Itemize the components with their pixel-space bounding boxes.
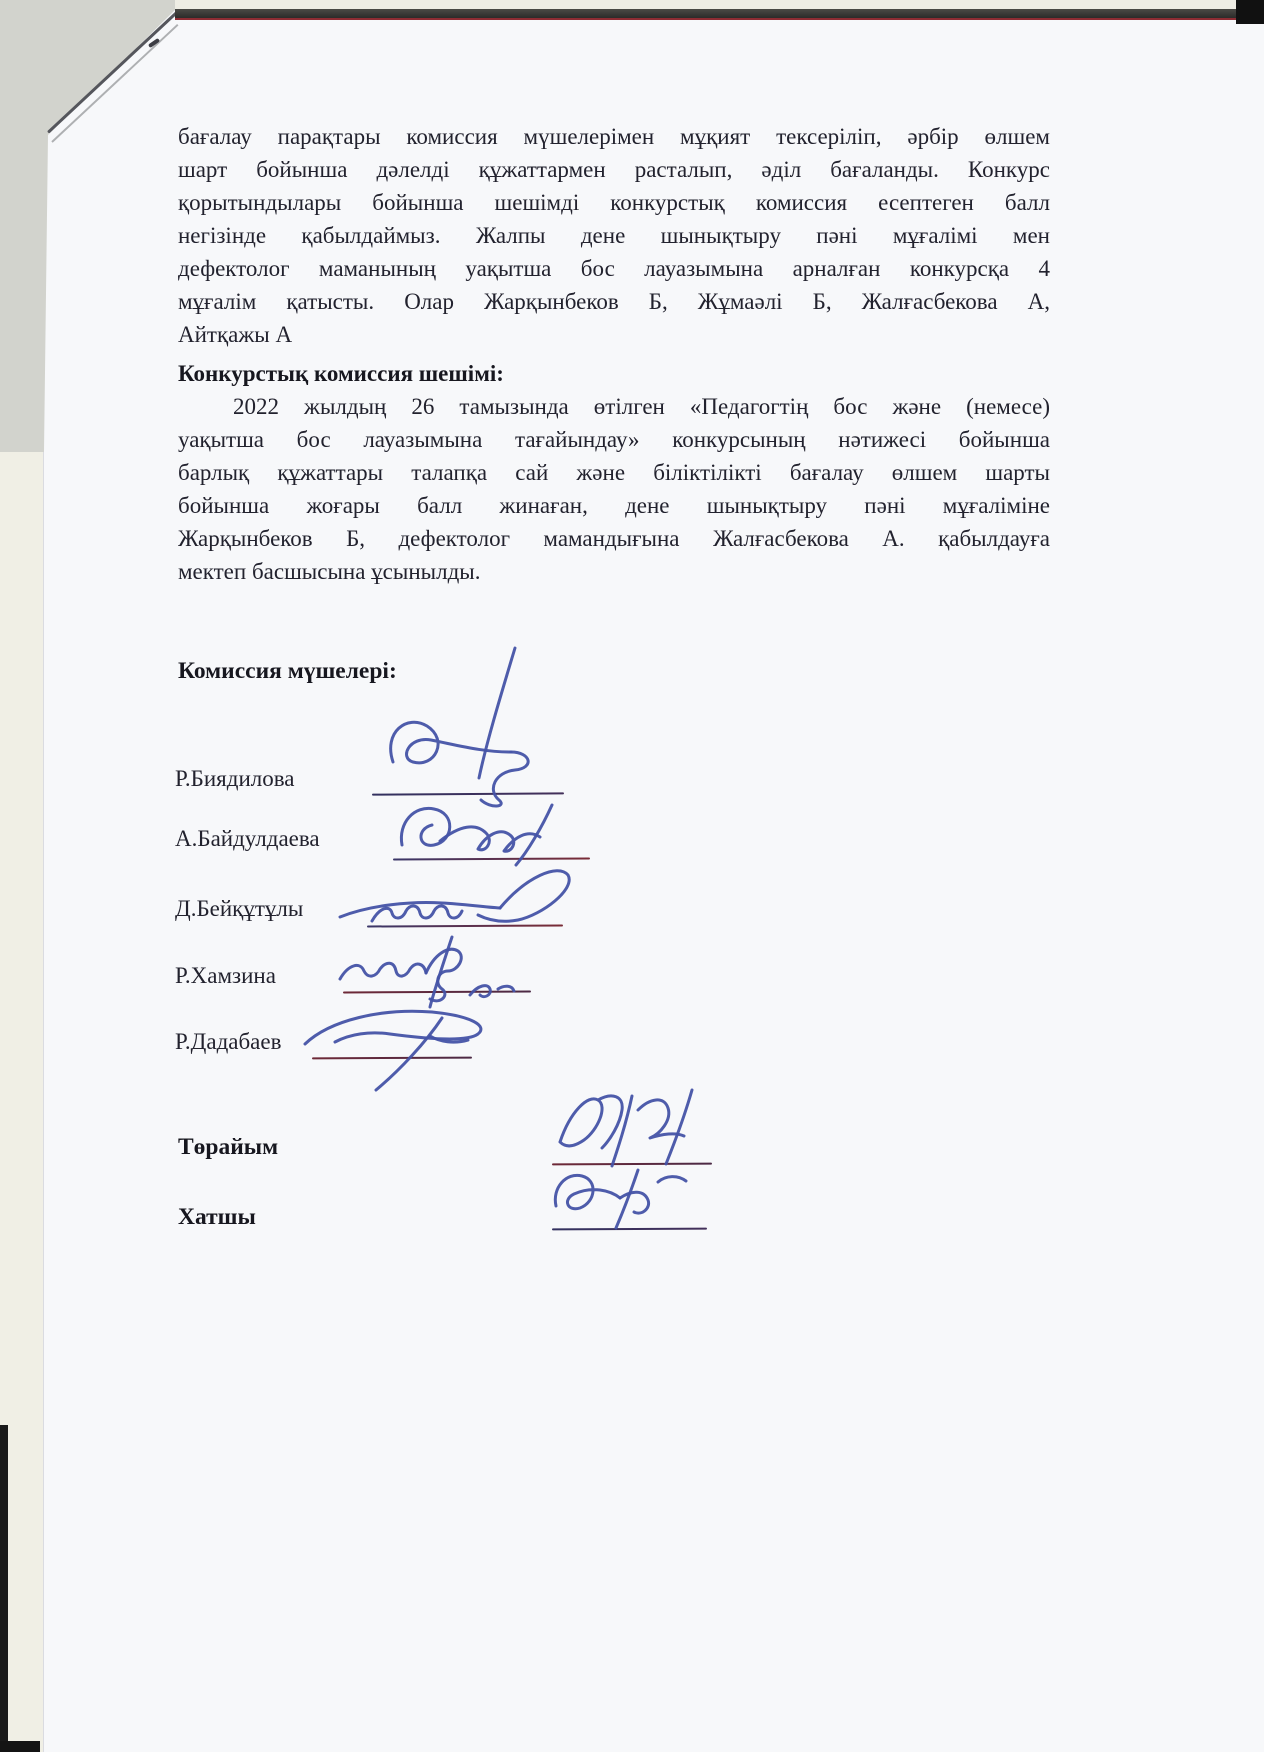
member-name-beikututy: Д.Бейқұтұлы (175, 892, 303, 925)
paragraph-evaluation-line: шарт бойынша дәлелді құжаттармен расталы… (178, 153, 1050, 186)
signature-biyadilova (365, 640, 565, 810)
paragraph-decision-line: мектеп басшысына ұсынылды. (178, 555, 1050, 588)
member-name-khamzina: Р.Хамзина (175, 959, 276, 992)
scanner-edge-top-band (175, 9, 1237, 20)
scanner-corner-top-right (1236, 0, 1264, 24)
paragraph-decision-line: Жарқынбеков Б, дефектолог мамандығына Жа… (178, 522, 1050, 555)
members-heading: Комиссия мүшелері: (178, 655, 397, 688)
paper-left-edge-line (43, 430, 44, 1752)
scanned-document-page: { "document": { "p1_lines": [ "бағалау п… (0, 0, 1264, 1752)
scanner-corner-bottom-left (0, 1741, 40, 1752)
paragraph-evaluation-line: дефектолог маманының уақытша бос лауазым… (178, 252, 1050, 285)
decision-heading: Конкурстық комиссия шешімі: (178, 357, 1050, 390)
paragraph-decision: 2022 жылдың 26 тамызында өтілген «Педаго… (178, 390, 1050, 588)
paper-top-edge (175, 0, 1237, 9)
paragraph-evaluation-line: мұғалім қатысты. Олар Жарқынбеков Б, Жұм… (178, 285, 1050, 318)
member-name-dadabaev: Р.Дадабаев (175, 1025, 281, 1058)
official-title-secretary: Хатшы (178, 1201, 256, 1234)
scanner-bed-corner (0, 0, 180, 452)
official-title-chairwoman: Төрайым (178, 1131, 278, 1164)
paragraph-evaluation-line: Айтқажы А (178, 318, 1050, 351)
paragraph-decision-line: барлық құжаттары талапқа сай және білікт… (178, 456, 1050, 489)
document-body: бағалау парақтары комиссия мүшелерімен м… (178, 120, 1050, 588)
signature-secretary (540, 1160, 720, 1240)
paragraph-evaluation-line: қорытындылары бойынша шешімді конкурстық… (178, 186, 1050, 219)
paragraph-decision-line: уақытша бос лауазымына тағайындау» конку… (178, 423, 1050, 456)
member-name-baiduldaeva: А.Байдулдаева (175, 822, 320, 855)
signature-dadabaev (290, 990, 510, 1095)
scanner-edge-bottom-left (0, 1425, 8, 1752)
paragraph-evaluation-line: бағалау парақтары комиссия мүшелерімен м… (178, 120, 1050, 153)
paragraph-evaluation-line: негізінде қабылдаймыз. Жалпы дене шынықт… (178, 219, 1050, 252)
member-name-biyadilova: Р.Биядилова (175, 762, 295, 795)
paragraph-evaluation: бағалау парақтары комиссия мүшелерімен м… (178, 120, 1050, 351)
paragraph-decision-line: 2022 жылдың 26 тамызында өтілген «Педаго… (178, 390, 1050, 423)
paragraph-decision-line: бойынша жоғары балл жинаған, дене шынықт… (178, 489, 1050, 522)
